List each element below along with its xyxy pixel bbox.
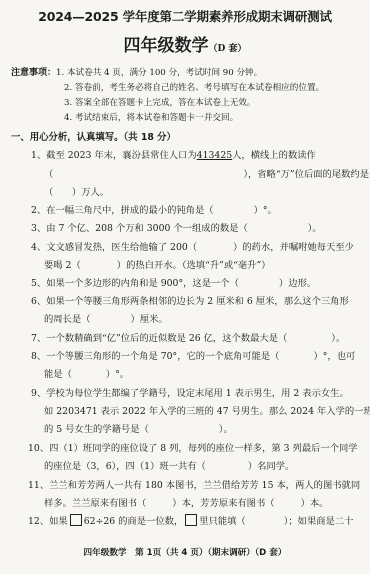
question-11-line2: 样多。兰兰原来有图书（）本，芳芳原来有图书（）本。 bbox=[44, 495, 328, 509]
question-10-line2: 的座位是（3，6），四（1）班一共有（）名同学。 bbox=[44, 458, 294, 472]
question-8: 8、一个等腰三角形的一个角是 70°，它的一个底角可能是（）°，也可 bbox=[31, 348, 355, 362]
question-6-line2: 的周长是（）厘米。 bbox=[44, 311, 168, 325]
note-item: 3. 答案全部在答题卡上完成，答在本试卷上无效。 bbox=[11, 96, 324, 111]
question-9-line2: 如 2203471 表示 2022 年入学的三班的 47 号男生。那么 2024… bbox=[44, 403, 370, 417]
digit-box[interactable] bbox=[70, 514, 82, 526]
question-4: 4、文文感冒发热，医生给他输了 200（）的药水，并嘱咐她每天至少 bbox=[31, 239, 354, 253]
note-item: 2. 答卷前，考生务必将自己的姓名、考号填写在本试卷相应的位置。 bbox=[11, 81, 324, 96]
question-1-line3: （ ）万人。 bbox=[44, 184, 109, 198]
note-item: 4. 考试结束后，将本试卷和答题卡一并交回。 bbox=[11, 111, 324, 126]
exam-title: 2024—2025 学年度第二学期素养形成期末调研测试 bbox=[0, 7, 370, 25]
subject-name: 四年级数学 bbox=[124, 36, 209, 56]
question-11: 11、兰兰和芳芳两人一共有 180 本图书，兰兰借给芳芳 15 本，两人的图书就… bbox=[28, 477, 360, 491]
note-item: 1. 本试卷共 4 页，满分 100 分，考试时间 90 分钟。 bbox=[56, 68, 262, 78]
question-1-line2: （），省略“万”位后面的尾数约是 bbox=[44, 166, 369, 180]
question-10: 10、四（1）班同学的座位设了 8 列，每列的座位一样多，第 3 列最后一个同学 bbox=[28, 440, 358, 454]
exam-notes: 注意事项：1. 本试卷共 4 页，满分 100 分，考试时间 90 分钟。 2.… bbox=[11, 66, 324, 126]
question-4-line2: 要喝 2（）的热白开水。（选填“升”或“毫升”） bbox=[44, 257, 271, 271]
exam-page: 2024—2025 学年度第二学期素养形成期末调研测试 四年级数学（D 套） 注… bbox=[0, 0, 370, 574]
notes-label: 注意事项： bbox=[11, 68, 56, 78]
set-label: （D 套） bbox=[209, 44, 247, 54]
question-12: 12、如果62÷26 的商是一位数，里只能填（）；如果商是二十 bbox=[28, 513, 353, 527]
question-9-line3: 的 5 号女生的学籍号是（）。 bbox=[44, 421, 233, 435]
question-2: 2、在一幅三角尺中，拼成的最小的钝角是（）°。 bbox=[31, 202, 277, 216]
question-1: 1、截至 2023 年末，襄汾县常住人口为413425人，横线上的数读作 bbox=[31, 147, 316, 161]
question-9: 9、学校为每位学生都编了学籍号，设定末尾用 1 表示男生，用 2 表示女生。 bbox=[31, 385, 349, 399]
question-5: 5、如果一个多边形的内角和是 900°，这是一个（）边形。 bbox=[31, 275, 316, 289]
subject-title: 四年级数学（D 套） bbox=[0, 31, 370, 56]
page-footer: 四年级数学 第 1页（共 4 页）（期末调研）（D 套） bbox=[0, 546, 370, 558]
question-7: 7、一个数精确到“亿”位后的近似数是 26 亿，这个数最大是（）。 bbox=[31, 330, 345, 344]
question-3: 3、由 7 个亿、208 个万和 3000 个一组成的数是（）。 bbox=[31, 220, 322, 234]
population-number: 413425 bbox=[197, 150, 233, 161]
digit-box[interactable] bbox=[185, 514, 197, 526]
question-6: 6、如果一个等腰三角形两条相邻的边长为 2 厘米和 6 厘米，那么这个三角形 bbox=[31, 293, 349, 307]
question-8-line2: 能是（）°。 bbox=[44, 366, 129, 380]
section-heading: 一、用心分析，认真填写。（共 18 分） bbox=[11, 129, 176, 143]
